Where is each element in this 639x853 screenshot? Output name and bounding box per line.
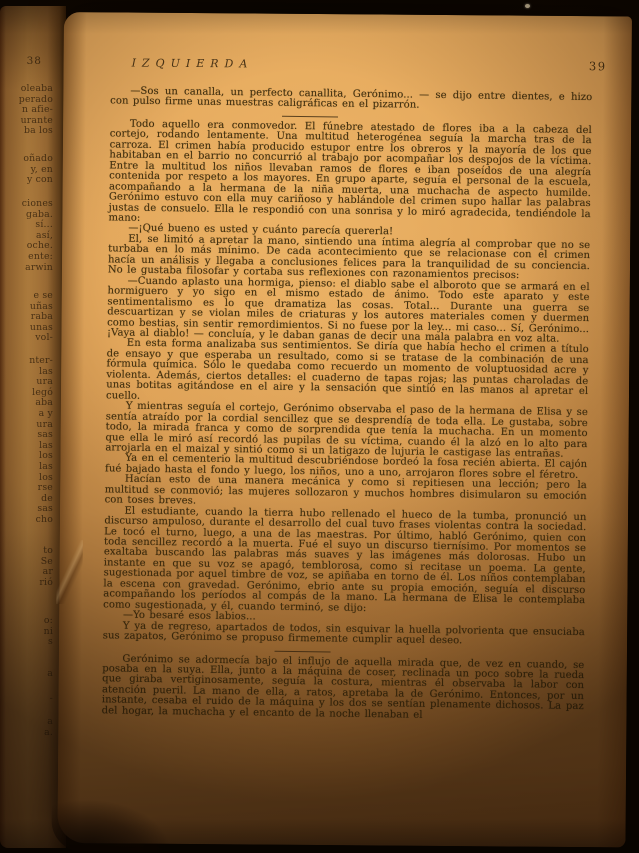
left-page-text-fragment: cho xyxy=(29,515,53,526)
left-page-text-fragment-group: nter-lasuralegóabaa yurasaslasloslaslosr… xyxy=(29,356,53,526)
left-page-text-fragment-group: oleabaperadon afie-uranteba los xyxy=(19,84,53,137)
facing-page-38: 38 oleabaperadon afie-uranteba losoñadoy… xyxy=(0,6,66,848)
paragraph: Y ya de regreso, apartados de todos, sin… xyxy=(103,621,585,649)
left-page-text-fragment: a y xyxy=(29,409,53,420)
paragraph: En esta forma analizaba sus sentimientos… xyxy=(106,339,589,408)
left-page-text-fragment-group: oñadoy, eny con xyxy=(23,154,53,186)
left-page-text-fragment: s xyxy=(44,637,53,648)
paper-crease xyxy=(56,540,83,604)
paragraph: El estudiante, cuando la tierra hubo rel… xyxy=(103,506,586,617)
left-page-text-fragment: arwin xyxy=(22,263,53,274)
left-page-text-fragment: rió xyxy=(39,578,53,589)
left-page-number: 38 xyxy=(27,55,42,67)
paragraph: Gerónimo se adormecía bajo el influjo de… xyxy=(102,654,585,723)
section-divider xyxy=(275,650,331,652)
left-page-text-fragment: las xyxy=(29,462,53,473)
dust-speck xyxy=(525,4,530,8)
left-page-text-fragment: oñado xyxy=(23,154,53,165)
left-page-text-fragment: - xyxy=(50,694,53,705)
book-photo: 38 oleabaperadon afie-uranteba losoñadoy… xyxy=(0,0,639,853)
left-page-text-fragment: oleaba xyxy=(19,84,53,95)
left-page-text-fragment: ba los xyxy=(19,126,53,137)
left-page-text-fragment: to xyxy=(39,546,53,557)
left-page-text-fragment: ente: xyxy=(22,252,53,263)
paragraph: —Sos un canalla, un perfecto canallita, … xyxy=(110,86,592,114)
page-body: —Sos un canalla, un perfecto canallita, … xyxy=(102,86,593,723)
left-page-text-fragment-group: o:nis xyxy=(44,616,53,648)
paragraph: Todo aquello era conmovedor. El fúnebre … xyxy=(108,119,591,230)
page-39: IZQUIERDA 39 —Sos un canalla, un perfect… xyxy=(57,12,632,847)
left-page-text-fragment: e se xyxy=(30,291,53,302)
left-page-text-fragment-group: cionesgaba.sí...así,oche.ente:arwin xyxy=(22,199,53,273)
left-page-text-fragment-group: a xyxy=(47,669,53,680)
left-page-text-fragment: a. xyxy=(44,728,53,739)
left-page-text-fragment: o: xyxy=(44,616,53,627)
left-page-text-fragment: vol- xyxy=(30,333,53,344)
page-number: 39 xyxy=(589,59,607,73)
running-title: IZQUIERDA xyxy=(132,57,254,71)
left-page-text-fragment-group: - xyxy=(50,694,53,705)
paragraph: Y mientras seguía el cortejo, Gerónimo o… xyxy=(105,401,588,460)
paragraph: —Cuando aplasto una hormiga, pienso: el … xyxy=(107,276,590,345)
left-page-text-fragment-group: aa. xyxy=(44,717,53,738)
left-page-text-fragment: nter- xyxy=(29,356,53,367)
left-page-text-fragment-group: e seuñasrabaunasvol- xyxy=(30,291,53,344)
left-page-text-fragment-group: toSearrió xyxy=(39,546,53,588)
left-page-text-fragment: a xyxy=(44,717,53,728)
page-corner-curl xyxy=(51,799,171,852)
left-page-text-fragment: ciones xyxy=(22,199,53,210)
left-page-text-fragment: a xyxy=(47,669,53,680)
section-divider xyxy=(282,116,338,118)
left-page-text-fragment: y con xyxy=(23,175,53,186)
